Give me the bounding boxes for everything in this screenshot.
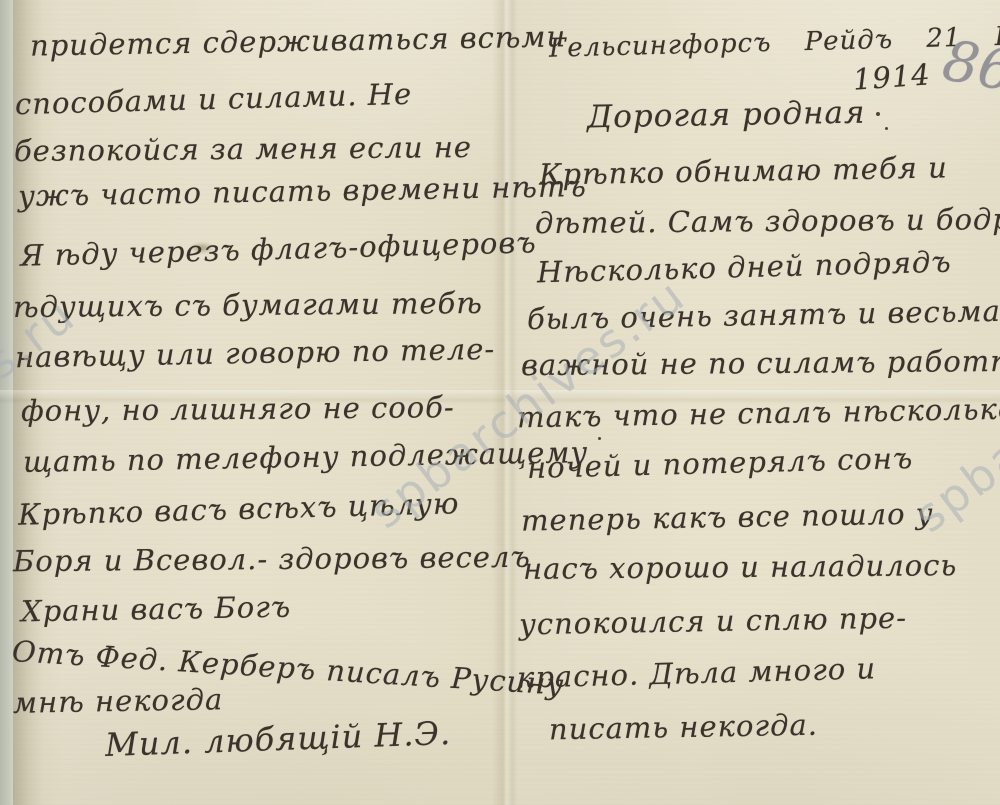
handwritten-line: такъ что не спалъ нѣсколько — [517, 394, 1000, 435]
letter-right-page: Гельсингфорсъ Рейдъ 21 Іюня 1914 86 Доро… — [507, 0, 1000, 805]
handwritten-line: мнѣ некогда — [13, 684, 224, 720]
scanned-letter: придется сдерживаться всѣми способами и … — [0, 0, 1000, 805]
salutation-line: Дорогая родная — [587, 96, 866, 135]
handwritten-line: безпокойся за меня если не — [14, 132, 472, 168]
letter-left-page: придется сдерживаться всѣми способами и … — [13, 0, 507, 805]
handwritten-line: способами и силами. Не — [15, 79, 413, 121]
handwritten-line: важной не по силамъ работѣ — [521, 346, 1000, 382]
handwritten-line: насъ хорошо и наладилось — [523, 550, 957, 586]
handwritten-line: былъ очень занятъ и весьма — [527, 296, 1000, 336]
archive-page-number: 86 — [938, 28, 1000, 104]
right-page-text: Гельсингфорсъ Рейдъ 21 Іюня 1914 86 Доро… — [507, 0, 1000, 805]
handwritten-line: навѣщу или говорю по теле- — [15, 334, 496, 374]
handwritten-line: писать некогда. — [549, 710, 819, 747]
handwritten-line: ѣдущихъ съ бумагами тебѣ — [13, 288, 483, 324]
dateline-year: 1914 — [852, 59, 932, 96]
handwritten-line: Боря и Всевол.- здоровъ веселъ — [13, 542, 531, 578]
handwritten-line: ночей и потерялъ сонъ — [527, 443, 914, 485]
left-page-text: придется сдерживаться всѣми способами и … — [13, 0, 507, 805]
handwritten-line: Нѣсколько дней подрядъ — [537, 247, 952, 290]
handwritten-line: ужъ часто писать времени нѣтъ — [18, 171, 587, 213]
handwritten-line: успокоился и сплю пре- — [519, 603, 908, 642]
handwritten-line: дѣтей. Самъ здоровъ и бодръ — [535, 204, 1000, 240]
handwritten-line: придется сдерживаться всѣми — [30, 21, 567, 62]
handwritten-line: Крѣпко васъ всѣхъ цѣлую — [18, 488, 460, 531]
handwritten-line: Я ѣду черезъ флагъ-офицеровъ — [20, 227, 537, 272]
handwritten-line: теперь какъ все пошло у — [521, 498, 934, 537]
handwritten-line: красно. Дѣла много и — [517, 653, 877, 694]
handwritten-line: щать по телефону подлежащему — [23, 437, 589, 479]
handwritten-line: фону, но лишняго не сооб- — [21, 392, 455, 428]
handwritten-line: Храни васъ Богъ — [21, 592, 292, 629]
handwritten-line: Крѣпко обнимаю тебя и — [539, 152, 948, 191]
signature-line: Мил. любящій Н.Э. — [104, 716, 451, 763]
dateline: Гельсингфорсъ Рейдъ 21 Іюня — [549, 21, 1000, 63]
